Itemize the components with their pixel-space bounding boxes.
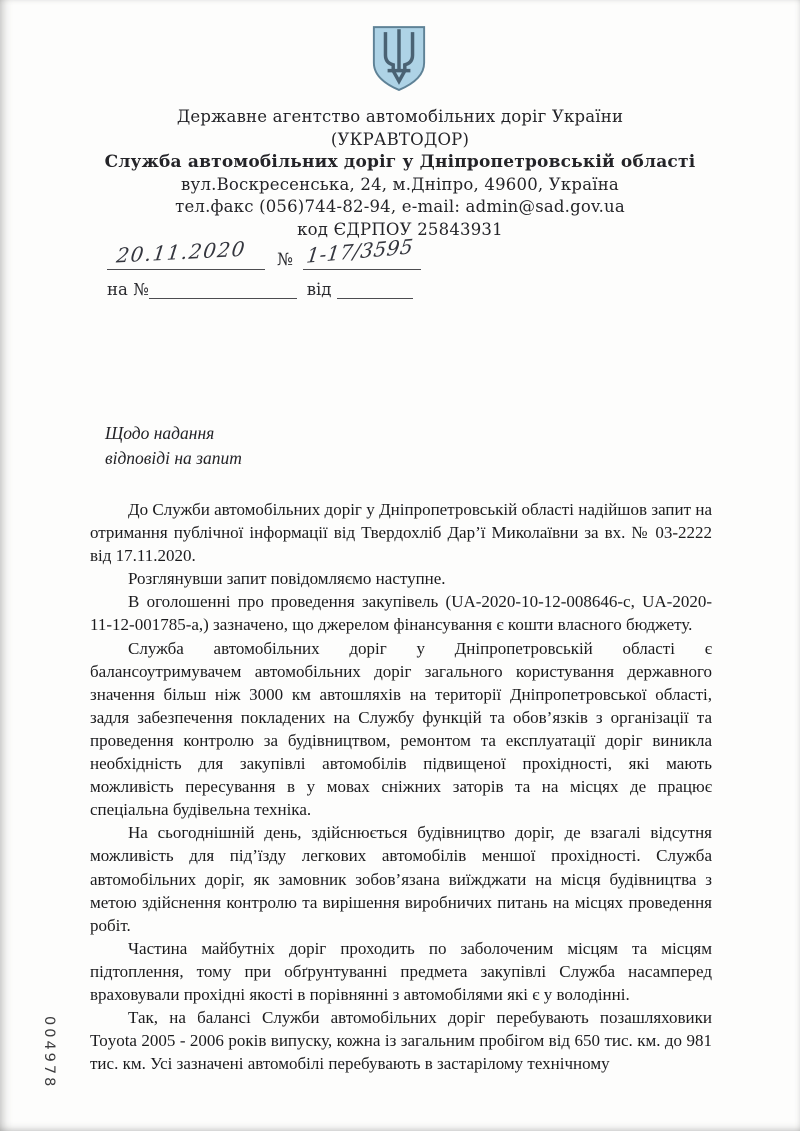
outgoing-date-line: 20.11.2020 <box>107 244 265 270</box>
paragraph-procurement: В оголошенні про проведення закупівель (… <box>90 590 712 636</box>
registration-stamp-number: 004978 <box>41 1016 57 1089</box>
reply-number-blank <box>149 283 297 299</box>
paragraph-considered: Розглянувши запит повідомляємо наступне. <box>90 567 712 590</box>
address-line: вул.Воскресенська, 24, м.Дніпро, 49600, … <box>0 174 800 197</box>
reply-to-label: на № <box>107 280 149 299</box>
number-label: № <box>277 250 293 270</box>
reply-date-label: від <box>307 280 332 299</box>
reply-date-blank <box>337 283 413 299</box>
incoming-reference-row: на №від <box>107 280 413 299</box>
paragraph-intro: До Служби автомобільних доріг у Дніпропе… <box>90 498 712 567</box>
ukraine-trident-emblem-icon <box>370 24 428 94</box>
paragraph-terrain: Частина майбутніх доріг проходить по заб… <box>90 937 712 1006</box>
agency-name: Державне агентство автомобільних доріг У… <box>0 106 800 129</box>
outgoing-number-line: 1-17/3595 <box>303 244 421 270</box>
outgoing-reference-row: 20.11.2020№1-17/3595 <box>107 244 421 274</box>
paragraph-service-role: Служба автомобільних доріг у Дніпропетро… <box>90 637 712 822</box>
agency-abbreviation: (УКРАВТОДОР) <box>0 129 800 152</box>
letterhead: Державне агентство автомобільних доріг У… <box>0 106 800 242</box>
document-page: Державне агентство автомобільних доріг У… <box>0 0 800 1131</box>
paragraph-fleet: Так, на балансі Служби автомобільних дор… <box>90 1006 712 1075</box>
service-name: Служба автомобільних доріг у Дніпропетро… <box>0 151 800 174</box>
contacts-line: тел.факс (056)744-82-94, e-mail: admin@s… <box>0 196 800 219</box>
letter-body: До Служби автомобільних доріг у Дніпропе… <box>90 498 712 1075</box>
paragraph-construction: На сьогоднішній день, здійснюється будів… <box>90 821 712 936</box>
subject-line-1: Щодо надання <box>105 421 242 446</box>
subject-line-2: відповіді на запит <box>105 446 242 471</box>
subject-block: Щодо надання відповіді на запит <box>105 421 242 471</box>
